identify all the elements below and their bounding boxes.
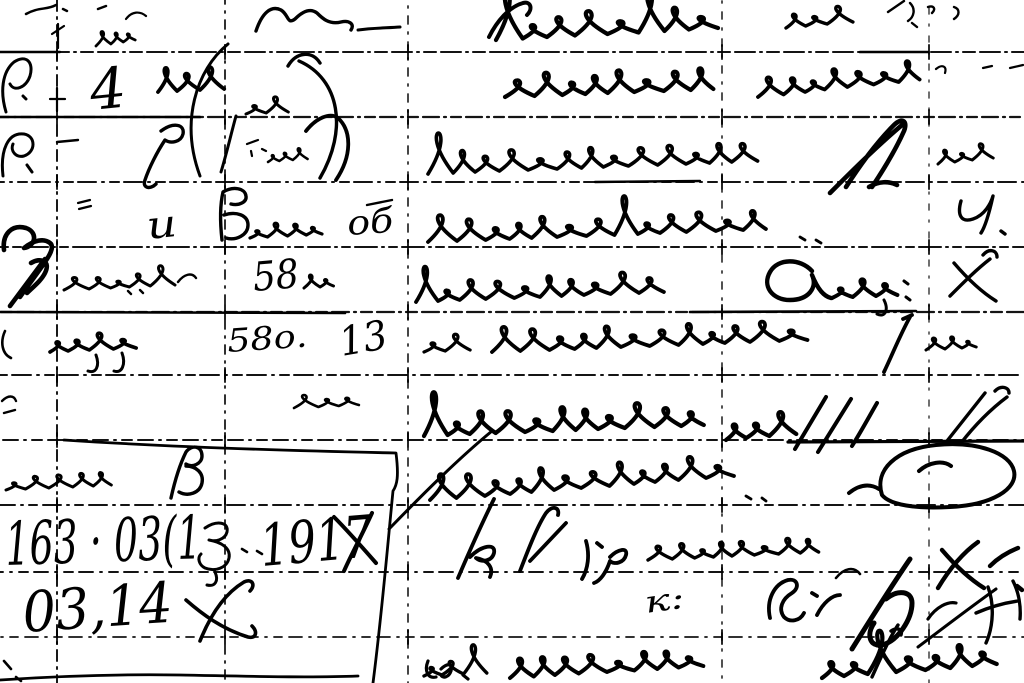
scribble-stroke [268, 148, 308, 162]
scribble-stroke [428, 133, 758, 174]
handwritten-text-fragment: 1917 [257, 502, 375, 580]
flourish-row7-right-slashes [947, 387, 1009, 443]
scribble-stroke [424, 334, 470, 352]
flourish-v-tall-row8 [171, 447, 202, 498]
scribble-stroke [416, 267, 664, 302]
scribble-stroke [758, 61, 920, 97]
flourish-oval-row8-right [849, 444, 1014, 507]
flourish-t-marks-row3 [247, 140, 266, 156]
flourish-bold-row9-right [458, 499, 626, 583]
flourish-bu-row3 [144, 125, 183, 187]
handwritten-text-fragment: 13 [336, 312, 391, 366]
flourish-top-left-marks [26, 5, 106, 14]
scribble-stroke [6, 473, 111, 490]
flourish-close-slash-row3 [306, 116, 348, 180]
scribble-stroke [96, 31, 135, 46]
scribble-stroke [304, 275, 334, 288]
flourish-rr-descenders-row6 [88, 353, 124, 372]
grid-solid-segment [595, 181, 700, 182]
scribble-stroke [832, 279, 897, 298]
handwritten-text-fragment: 163 · 03(1 [4, 503, 202, 580]
flourish-caret-row10 [836, 569, 860, 578]
scribble-stroke [926, 337, 976, 350]
flourish-crossed-l-row10 [186, 581, 255, 641]
handwritten-text-fragment: к: [642, 581, 686, 621]
scribble-stroke [294, 395, 359, 408]
scribble-stroke [430, 457, 734, 500]
flourish-eq-marks-row4 [78, 200, 91, 209]
handwritten-text-fragment: об [346, 201, 395, 244]
flourish-ch-row4-right [960, 196, 1006, 234]
handwriting-scan-layer: 4об5858о.13163 · 03(1191703,14ик: [0, 0, 1024, 683]
scribble-stroke [726, 412, 796, 440]
flourish-loop-row2-left [3, 59, 31, 112]
flourish-bold-left-row4 [4, 227, 52, 306]
flourish-tall-open-paren [191, 44, 228, 176]
scribble-stroke [505, 68, 713, 97]
flourish-z-row10-right [769, 580, 840, 621]
scribble-stroke [246, 97, 288, 114]
flourish-x-mark-row5 [950, 251, 997, 301]
scribble-stroke [510, 652, 703, 678]
flourish-ft-marks-row10 [976, 581, 1020, 643]
scribble-stroke [786, 6, 853, 28]
handwritten-text-fragment: 03,14 [20, 571, 174, 646]
flourish-dots-row4-right [800, 237, 821, 243]
scribble-stroke [492, 322, 808, 352]
flourish-mid-stroke-row3 [221, 116, 236, 172]
flourish-o-loop-row5 [767, 261, 831, 300]
flourish-dots-row8-right [746, 496, 766, 501]
flourish-vline-dash-row3 [57, 140, 78, 142]
flourish-p-loop-row3 [2, 134, 33, 176]
flourish-row2-right-marks [936, 65, 1023, 73]
handwritten-text-fragment: 58о. [226, 316, 308, 359]
flourish-dots-row9 [242, 549, 262, 554]
scribble-stroke [424, 392, 704, 436]
flourish-top-right-marks [888, 1, 959, 27]
scribble-stroke [250, 223, 322, 238]
scanned-ledger-page: 4об5858о.13163 · 03(1191703,14ик: [0, 0, 1024, 683]
scribble-stroke [938, 144, 993, 164]
flourish-k-bold-row9-right [938, 542, 1022, 590]
scribble-stroke [424, 645, 487, 676]
flourish-c-row10-right [928, 603, 956, 619]
scribble-stroke [158, 67, 224, 92]
flourish-bottom-solid-line [0, 675, 358, 680]
scribble-stroke [50, 333, 136, 352]
handwritten-text-fragment: 58 [251, 251, 301, 301]
flourish-one-slash-row6 [884, 315, 912, 372]
scribble-stroke [428, 196, 766, 242]
flourish-m-dash-row1 [358, 27, 400, 30]
flourish-m-shape-row1 [256, 9, 352, 31]
scribble-stroke [648, 539, 819, 561]
flourish-row7-left-marks [2, 397, 16, 414]
handwritten-text-fragment: и [144, 201, 178, 248]
handwritten-text-fragment: 4 [86, 56, 130, 125]
flourish-no-hat-mark [126, 13, 146, 19]
flourish-c-row6-left [2, 331, 11, 358]
grid-solid-segment [690, 311, 916, 312]
flourish-ifr-descenders-row7 [795, 397, 877, 452]
scribble-stroke [64, 266, 175, 290]
legible-numerals: 4об5858о.13163 · 03(1191703,14ик: [4, 56, 687, 646]
grid-solid-segment [0, 312, 345, 313]
